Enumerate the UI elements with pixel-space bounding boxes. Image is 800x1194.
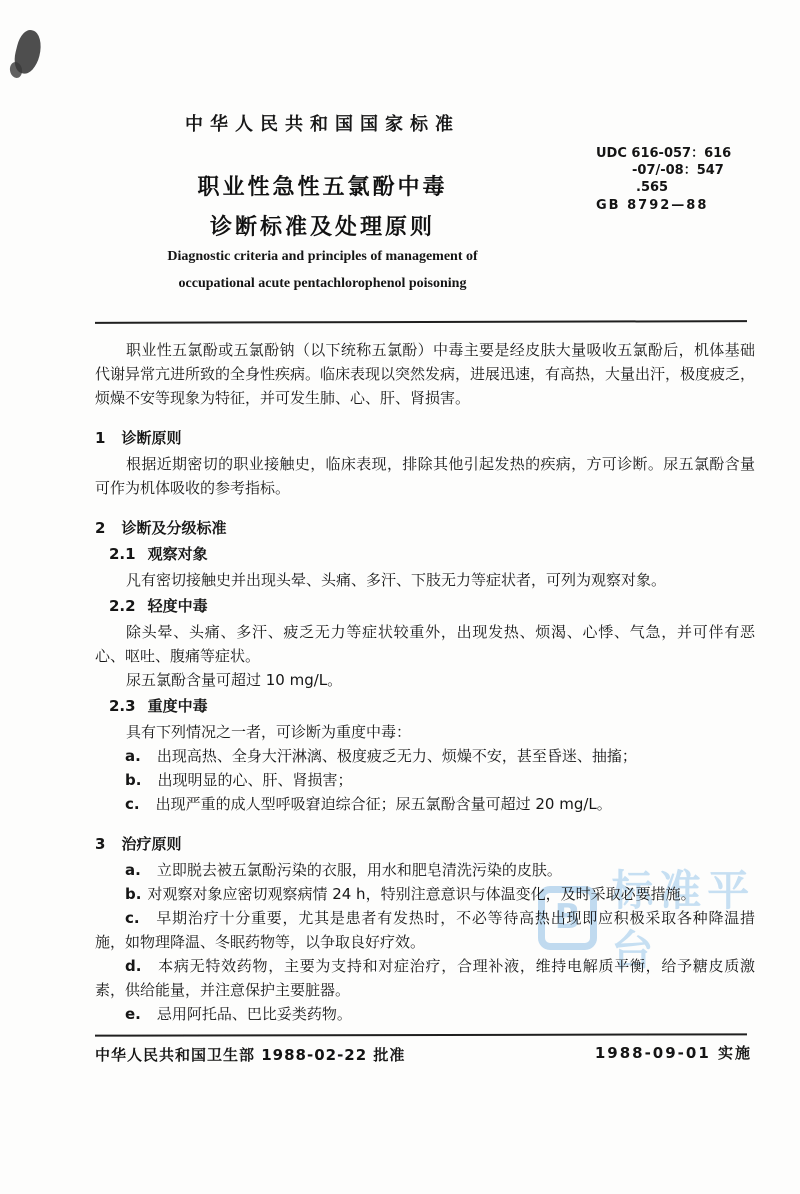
standard-number: GB 8792—88 (596, 197, 766, 214)
list-item-text: 出现高热、全身大汗淋漓、极度疲乏无力、烦燥不安，甚至昏迷、抽搐； (157, 747, 637, 765)
document-title-line-2: 诊断标准及处理原则 (95, 210, 550, 241)
list-item-3-e: e.忌用阿托品、巴比妥类药物。 (95, 1002, 755, 1026)
list-item-text: 立即脱去被五氯酚污染的衣服，用水和肥皂清洗污染的皮肤。 (157, 861, 562, 879)
list-item-text: 早期治疗十分重要，尤其是患者有发热时，不必等待高热出现即应积极采取各种降温措施，… (95, 909, 755, 951)
list-item-3-a: a.立即脱去被五氯酚污染的衣服，用水和肥皂清洗污染的皮肤。 (95, 858, 755, 882)
list-item-2-3-c: c.出现严重的成人型呼吸窘迫综合征；尿五氯酚含量可超过 20 mg/L。 (95, 792, 755, 816)
section-2-heading: 2诊断及分级标准 (95, 516, 755, 540)
section-2-2-number: 2.2 (109, 597, 136, 615)
footer-divider-rule (95, 1033, 747, 1036)
list-item-3-d: d.本病无特效药物，主要为支持和对症治疗，合理补液，维持电解质平衡，给予糖皮质激… (95, 954, 755, 1002)
section-3-heading: 3治疗原则 (95, 832, 755, 856)
section-2-3-number: 2.3 (109, 697, 136, 715)
section-3-title: 治疗原则 (121, 835, 181, 853)
list-item-label: d. (125, 957, 141, 975)
list-item-text: 出现严重的成人型呼吸窘迫综合征；尿五氯酚含量可超过 20 mg/L。 (156, 795, 612, 813)
section-2-1-title: 观察对象 (148, 545, 208, 563)
section-2-2-heading: 2.2轻度中毒 (95, 594, 755, 618)
list-item-text: 本病无特效药物，主要为支持和对症治疗，合理补液，维持电解质平衡，给予糖皮质激素，… (95, 957, 755, 999)
english-subtitle-line-1: Diagnostic criteria and principles of ma… (95, 249, 550, 265)
section-2-3-heading: 2.3重度中毒 (95, 694, 755, 718)
section-2-1-heading: 2.1观察对象 (95, 542, 755, 566)
document-body: 职业性五氯酚或五氯酚钠（以下统称五氯酚）中毒主要是经皮肤大量吸收五氯酚后，机体基… (95, 338, 755, 1026)
english-subtitle-line-2: occupational acute pentachlorophenol poi… (95, 276, 550, 292)
list-item-text: 忌用阿托品、巴比妥类药物。 (157, 1005, 352, 1023)
list-item-text: 出现明显的心、肝、肾损害； (157, 771, 352, 789)
section-2-2-paragraph-2: 尿五氯酚含量可超过 10 mg/L。 (95, 668, 755, 692)
document-title-line-1: 职业性急性五氯酚中毒 (95, 170, 550, 201)
list-item-label: e. (125, 1005, 141, 1023)
intro-paragraph: 职业性五氯酚或五氯酚钠（以下统称五氯酚）中毒主要是经皮肤大量吸收五氯酚后，机体基… (95, 338, 755, 410)
section-2-2-title: 轻度中毒 (148, 597, 208, 615)
section-2-2-paragraph: 除头晕、头痛、多汗、疲乏无力等症状较重外，出现发热、烦渴、心悸、气急，并可伴有恶… (95, 620, 755, 668)
section-1-title: 诊断原则 (121, 429, 181, 447)
list-item-2-3-b: b.出现明显的心、肝、肾损害； (95, 768, 755, 792)
section-3-number: 3 (95, 835, 105, 853)
list-item-label: c. (125, 795, 140, 813)
section-2-3-title: 重度中毒 (148, 697, 208, 715)
section-2-1-number: 2.1 (109, 545, 136, 563)
list-item-text: 对观察对象应密切观察病情 24 h，特别注意意识与体温变化，及时采取必要措施。 (147, 885, 695, 903)
section-2-number: 2 (95, 519, 105, 537)
list-item-3-c: c.早期治疗十分重要，尤其是患者有发热时，不必等待高热出现即应积极采取各种降温措… (95, 906, 755, 954)
list-item-label: a. (125, 861, 141, 879)
udc-line-2: -07/-08：547 (596, 162, 766, 179)
list-item-label: b. (125, 885, 141, 903)
implementation-date: 1988-09-01 实施 (595, 1042, 752, 1063)
header-divider-rule (95, 320, 747, 324)
section-1-heading: 1诊断原则 (95, 426, 755, 450)
section-2-title: 诊断及分级标准 (121, 519, 226, 537)
list-item-3-b: b.对观察对象应密切观察病情 24 h，特别注意意识与体温变化，及时采取必要措施… (95, 882, 755, 906)
list-item-label: b. (125, 771, 141, 789)
section-1-paragraph: 根据近期密切的职业接触史，临床表现，排除其他引起发热的疾病，方可诊断。尿五氯酚含… (95, 452, 755, 500)
approval-statement: 中华人民共和国卫生部 1988-02-22 批准 (95, 1044, 405, 1065)
national-standard-label: 中华人民共和国国家标准 (95, 110, 550, 136)
udc-line-3: .565 (596, 179, 766, 196)
section-2-1-paragraph: 凡有密切接触史并出现头晕、头痛、多汗、下肢无力等症状者，可列为观察对象。 (95, 568, 755, 592)
section-1-number: 1 (95, 429, 105, 447)
list-item-label: c. (125, 909, 140, 927)
udc-line-1: UDC 616-057：616 (596, 145, 766, 162)
list-item-label: a. (125, 747, 141, 765)
section-2-3-lead: 具有下列情况之一者，可诊断为重度中毒： (95, 720, 755, 744)
udc-code-block: UDC 616-057：616 -07/-08：547 .565 GB 8792… (596, 145, 766, 214)
document-page: B 标准平台 中华人民共和国国家标准 UDC 616-057：616 -07/-… (0, 0, 800, 1194)
list-item-2-3-a: a.出现高热、全身大汗淋漓、极度疲乏无力、烦燥不安，甚至昏迷、抽搐； (95, 744, 755, 768)
